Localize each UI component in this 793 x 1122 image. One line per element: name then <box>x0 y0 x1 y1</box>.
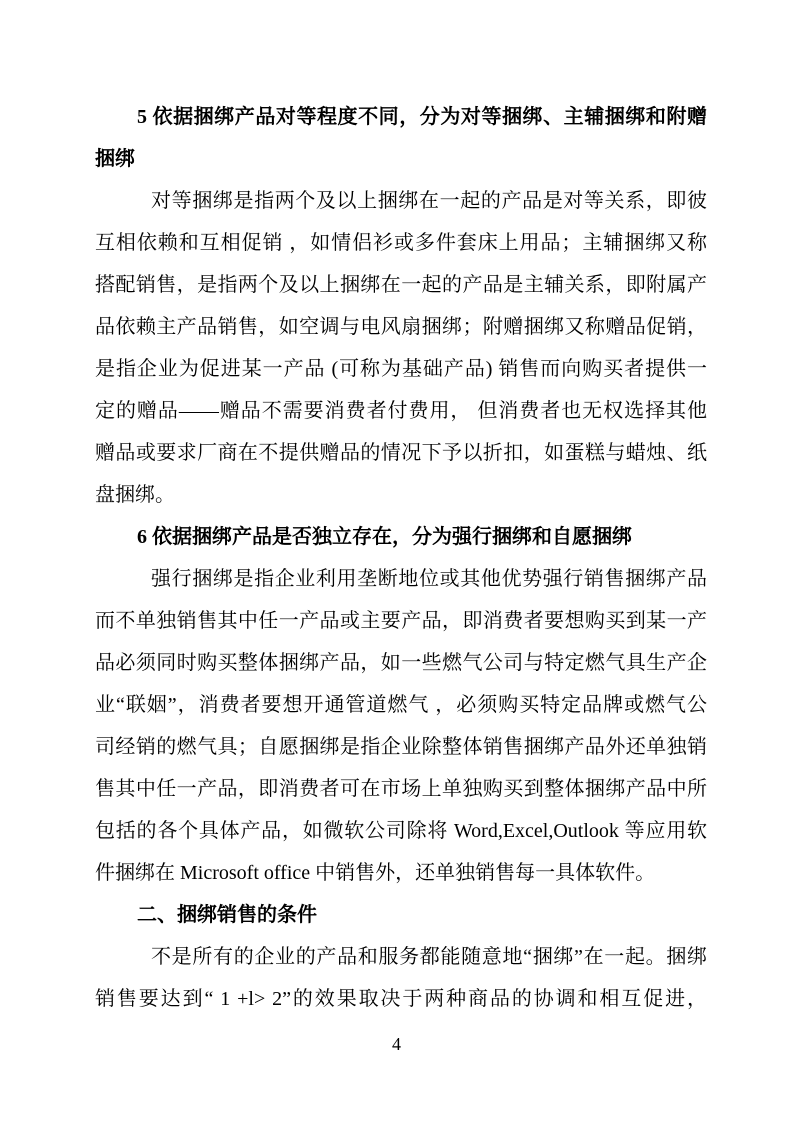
paragraph-2-line-1: 强行捆绑是指企业利用垄断地位或其他优势强行销售捆绑产品 <box>95 558 707 600</box>
paragraph-1-line-7: 赠品或要求厂商在不提供赠品的情况下予以折扣，如蛋糕与蜡烛、纸 <box>95 432 707 474</box>
paragraph-2-line-8: 件捆绑在 Microsoft office 中销售外，还单独销售每一具体软件。 <box>95 852 707 894</box>
paragraph-2-line-5: 司经销的燃气具；自愿捆绑是指企业除整体销售捆绑产品外还单独销 <box>95 726 707 768</box>
paragraph-2-line-4: 业“联姻”，消费者要想开通管道燃气 ，必须购买特定品牌或燃气公 <box>95 684 707 726</box>
paragraph-1-line-2: 互相依赖和互相促销 ，如情侣衫或多件套床上用品；主辅捆绑又称 <box>95 222 707 264</box>
paragraph-1-line-5: 是指企业为促进某一产品 (可称为基础产品) 销售而向购买者提供一 <box>95 348 707 390</box>
heading-5-line-1: 5 依据捆绑产品对等程度不同，分为对等捆绑、主辅捆绑和附赠 <box>95 96 707 138</box>
paragraph-2-line-6: 售其中任一产品，即消费者可在市场上单独购买到整体捆绑产品中所 <box>95 768 707 810</box>
paragraph-1-line-4: 品依赖主产品销售，如空调与电风扇捆绑；附赠捆绑又称赠品促销， <box>95 306 707 348</box>
document-page: 5 依据捆绑产品对等程度不同，分为对等捆绑、主辅捆绑和附赠 捆绑 对等捆绑是指两… <box>0 0 793 1122</box>
paragraph-3-line-1: 不是所有的企业的产品和服务都能随意地“捆绑”在一起。捆绑 <box>95 936 707 978</box>
paragraph-2-line-7: 包括的各个具体产品，如微软公司除将 Word,Excel,Outlook 等应用… <box>95 810 707 852</box>
paragraph-1-line-8: 盘捆绑。 <box>95 474 707 516</box>
heading-6: 6 依据捆绑产品是否独立存在，分为强行捆绑和自愿捆绑 <box>95 516 707 558</box>
paragraph-2-line-2: 而不单独销售其中任一产品或主要产品，即消费者要想购买到某一产 <box>95 600 707 642</box>
paragraph-1-line-3: 搭配销售，是指两个及以上捆绑在一起的产品是主辅关系，即附属产 <box>95 264 707 306</box>
paragraph-1-line-1: 对等捆绑是指两个及以上捆绑在一起的产品是对等关系，即彼此 <box>95 180 707 222</box>
page-number: 4 <box>0 1032 793 1056</box>
paragraph-1-line-6: 定的赠品——赠品不需要消费者付费用， 但消费者也无权选择其他 <box>95 390 707 432</box>
heading-5-line-2: 捆绑 <box>95 138 707 180</box>
paragraph-2-line-3: 品必须同时购买整体捆绑产品，如一些燃气公司与特定燃气具生产企 <box>95 642 707 684</box>
document-content: 5 依据捆绑产品对等程度不同，分为对等捆绑、主辅捆绑和附赠 捆绑 对等捆绑是指两… <box>95 96 707 1020</box>
heading-section-2: 二、捆绑销售的条件 <box>95 894 707 936</box>
paragraph-3-line-2: 销售要达到“ 1 +l> 2”的效果取决于两种商品的协调和相互促进， <box>95 978 707 1020</box>
